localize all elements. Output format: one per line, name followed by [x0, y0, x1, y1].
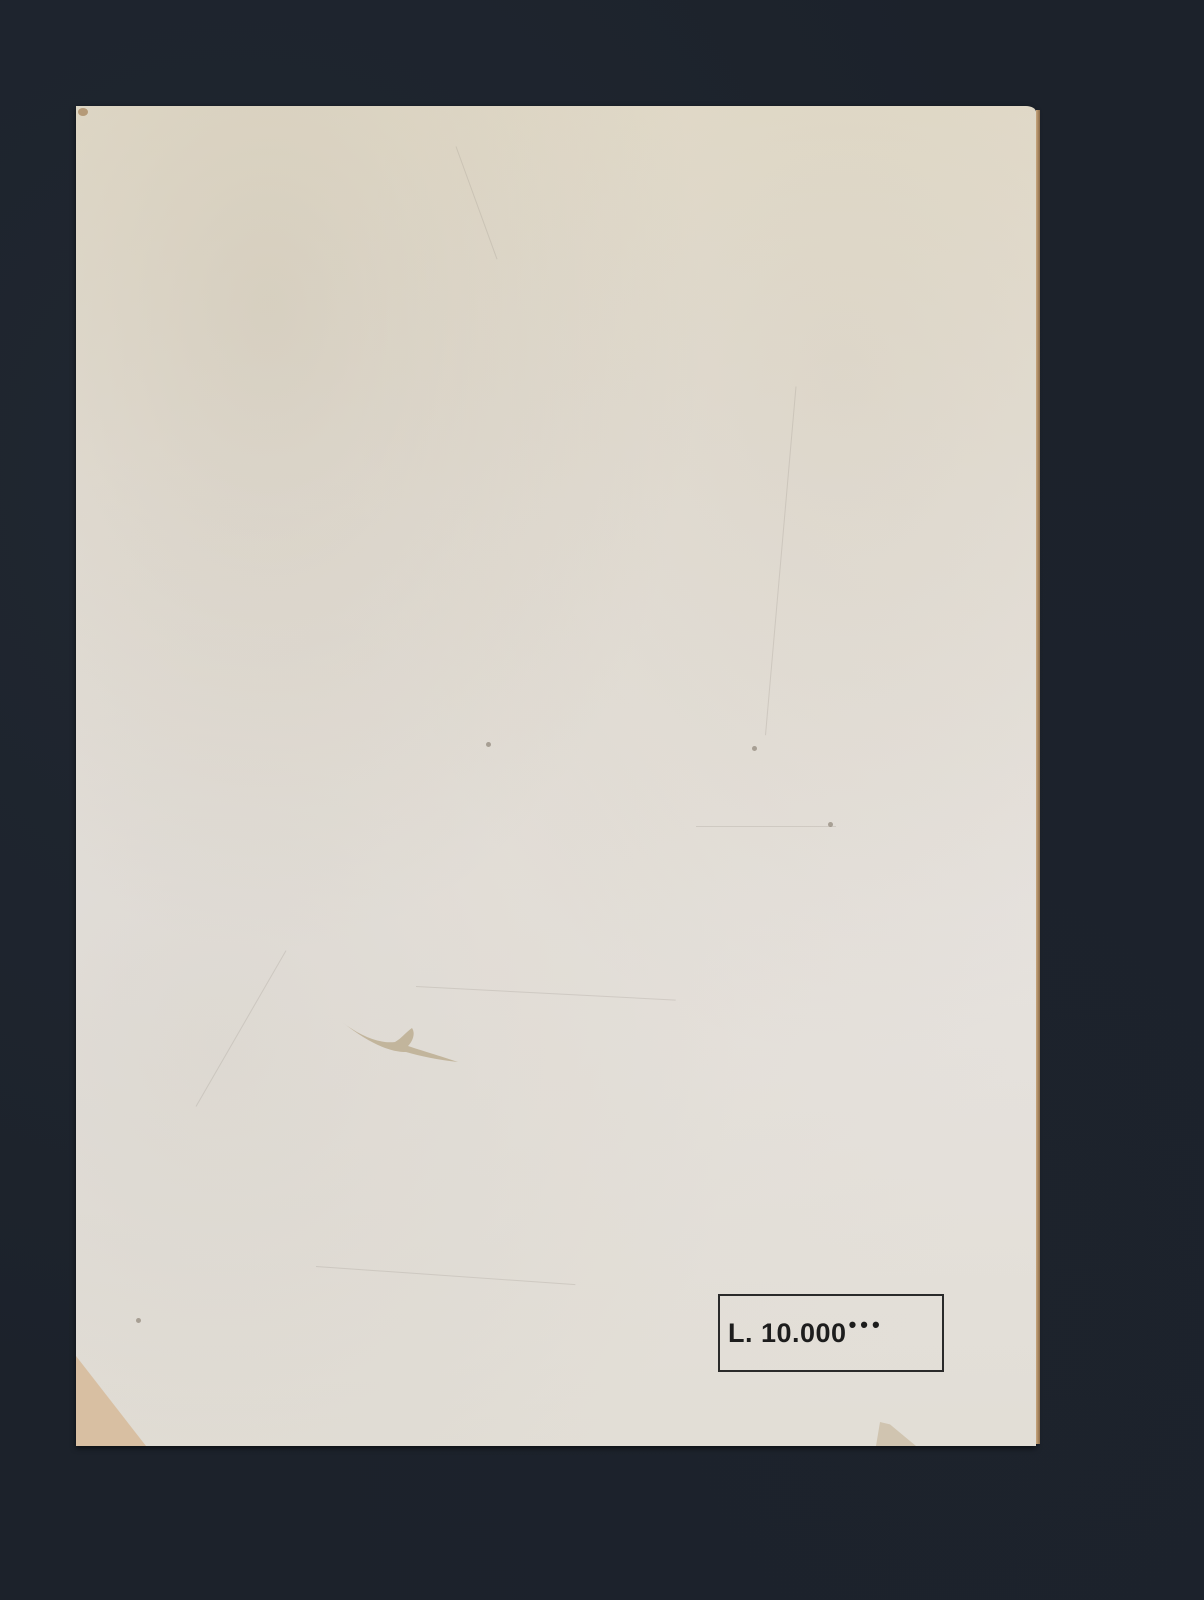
price-label-box: L. 10.000 ••• [718, 1294, 944, 1372]
corner-wear-bottom-left [76, 1356, 146, 1446]
book-back-cover: L. 10.000 ••• [76, 106, 1036, 1446]
speck [486, 742, 491, 747]
price-dots: ••• [849, 1312, 884, 1338]
speck [136, 1318, 141, 1323]
scratch [416, 986, 676, 1001]
scratch [196, 950, 287, 1106]
cover-tear [876, 1422, 916, 1446]
bird-shaped-stain [340, 1018, 460, 1063]
corner-wear-top-left [78, 108, 88, 116]
scratch [765, 386, 797, 735]
scratch [696, 826, 836, 827]
speck [752, 746, 757, 751]
scratch [456, 146, 498, 259]
scratch [316, 1266, 575, 1285]
book-edge [1036, 110, 1040, 1444]
price-text: L. 10.000 [728, 1318, 847, 1349]
speck [828, 822, 833, 827]
